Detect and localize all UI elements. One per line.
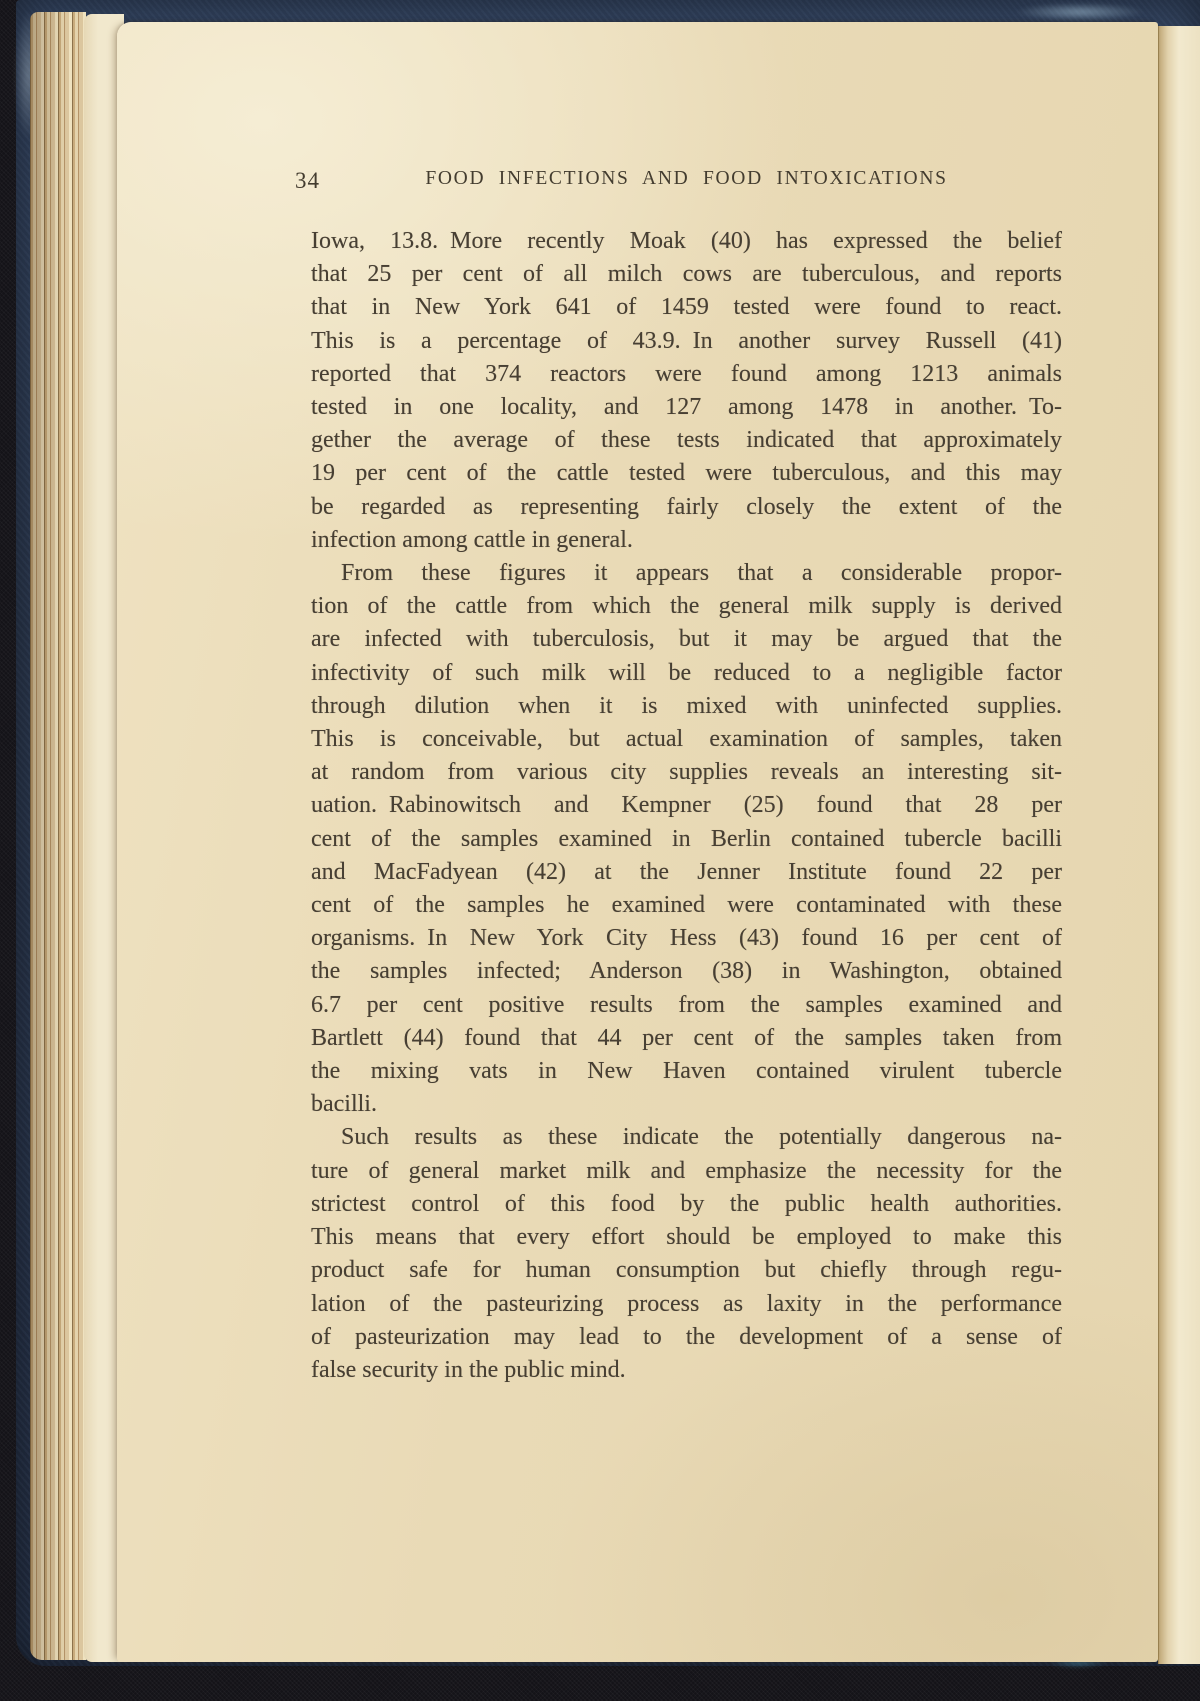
text-line: tested in one locality, and 127 among 14…	[311, 391, 1062, 424]
text-line: gether the average of these tests indica…	[311, 424, 1062, 457]
text-line: at random from various city supplies rev…	[311, 756, 1062, 789]
text-line: infectivity of such milk will be reduced…	[311, 657, 1062, 690]
text-line: through dilution when it is mixed with u…	[311, 690, 1062, 723]
text-line: organisms. In New York City Hess (43) fo…	[311, 922, 1062, 955]
text-line: lation of the pasteurizing process as la…	[311, 1288, 1062, 1321]
page-number: 34	[295, 168, 320, 194]
text-line: cent of the samples examined in Berlin c…	[311, 823, 1062, 856]
text-line: of pasteurization may lead to the develo…	[311, 1321, 1062, 1354]
text-body: Iowa, 13.8. More recently Moak (40) has …	[311, 225, 1062, 1387]
text-line: Iowa, 13.8. More recently Moak (40) has …	[311, 225, 1062, 258]
facing-page-edge	[1158, 26, 1200, 1664]
text-line: are infected with tuberculosis, but it m…	[311, 623, 1062, 656]
text-line: From these figures it appears that a con…	[311, 557, 1062, 590]
text-line: ture of general market milk and emphasiz…	[311, 1155, 1062, 1188]
text-line: product safe for human consumption but c…	[311, 1254, 1062, 1287]
book-photo: 34 FOOD INFECTIONS AND FOOD INTOXICATION…	[0, 0, 1200, 1701]
text-line: the mixing vats in New Haven contained v…	[311, 1055, 1062, 1088]
cover-scuff-top-right	[1015, 3, 1145, 21]
text-line: This is a percentage of 43.9. In another…	[311, 325, 1062, 358]
text-line: and MacFadyean (42) at the Jenner Instit…	[311, 856, 1062, 889]
text-line: cent of the samples he examined were con…	[311, 889, 1062, 922]
text-line: uation. Rabinowitsch and Kempner (25) fo…	[311, 789, 1062, 822]
running-title-wrap: FOOD INFECTIONS AND FOOD INTOXICATIONS	[311, 168, 1062, 190]
text-line: Bartlett (44) found that 44 per cent of …	[311, 1022, 1062, 1055]
text-line: that 25 per cent of all milch cows are t…	[311, 258, 1062, 291]
text-line: 6.7 per cent positive results from the s…	[311, 989, 1062, 1022]
text-line: strictest control of this food by the pu…	[311, 1188, 1062, 1221]
page-header: 34 FOOD INFECTIONS AND FOOD INTOXICATION…	[311, 168, 1062, 202]
text-line: tion of the cattle from which the genera…	[311, 590, 1062, 623]
text-line: reported that 374 reactors were found am…	[311, 358, 1062, 391]
text-line: that in New York 641 of 1459 tested were…	[311, 291, 1062, 324]
page-edges-stack	[30, 12, 86, 1660]
text-line: 19 per cent of the cattle tested were tu…	[311, 457, 1062, 490]
text-line: This is conceivable, but actual examinat…	[311, 723, 1062, 756]
text-line: bacilli.	[311, 1088, 1062, 1121]
text-line: Such results as these indicate the poten…	[311, 1121, 1062, 1154]
text-line: This means that every effort should be e…	[311, 1221, 1062, 1254]
text-line: be regarded as representing fairly close…	[311, 491, 1062, 524]
text-line: false security in the public mind.	[311, 1354, 1062, 1387]
text-line: the samples infected; Anderson (38) in W…	[311, 955, 1062, 988]
text-line: infection among cattle in general.	[311, 524, 1062, 557]
book-page: 34 FOOD INFECTIONS AND FOOD INTOXICATION…	[117, 22, 1158, 1662]
running-title: FOOD INFECTIONS AND FOOD INTOXICATIONS	[425, 168, 947, 189]
